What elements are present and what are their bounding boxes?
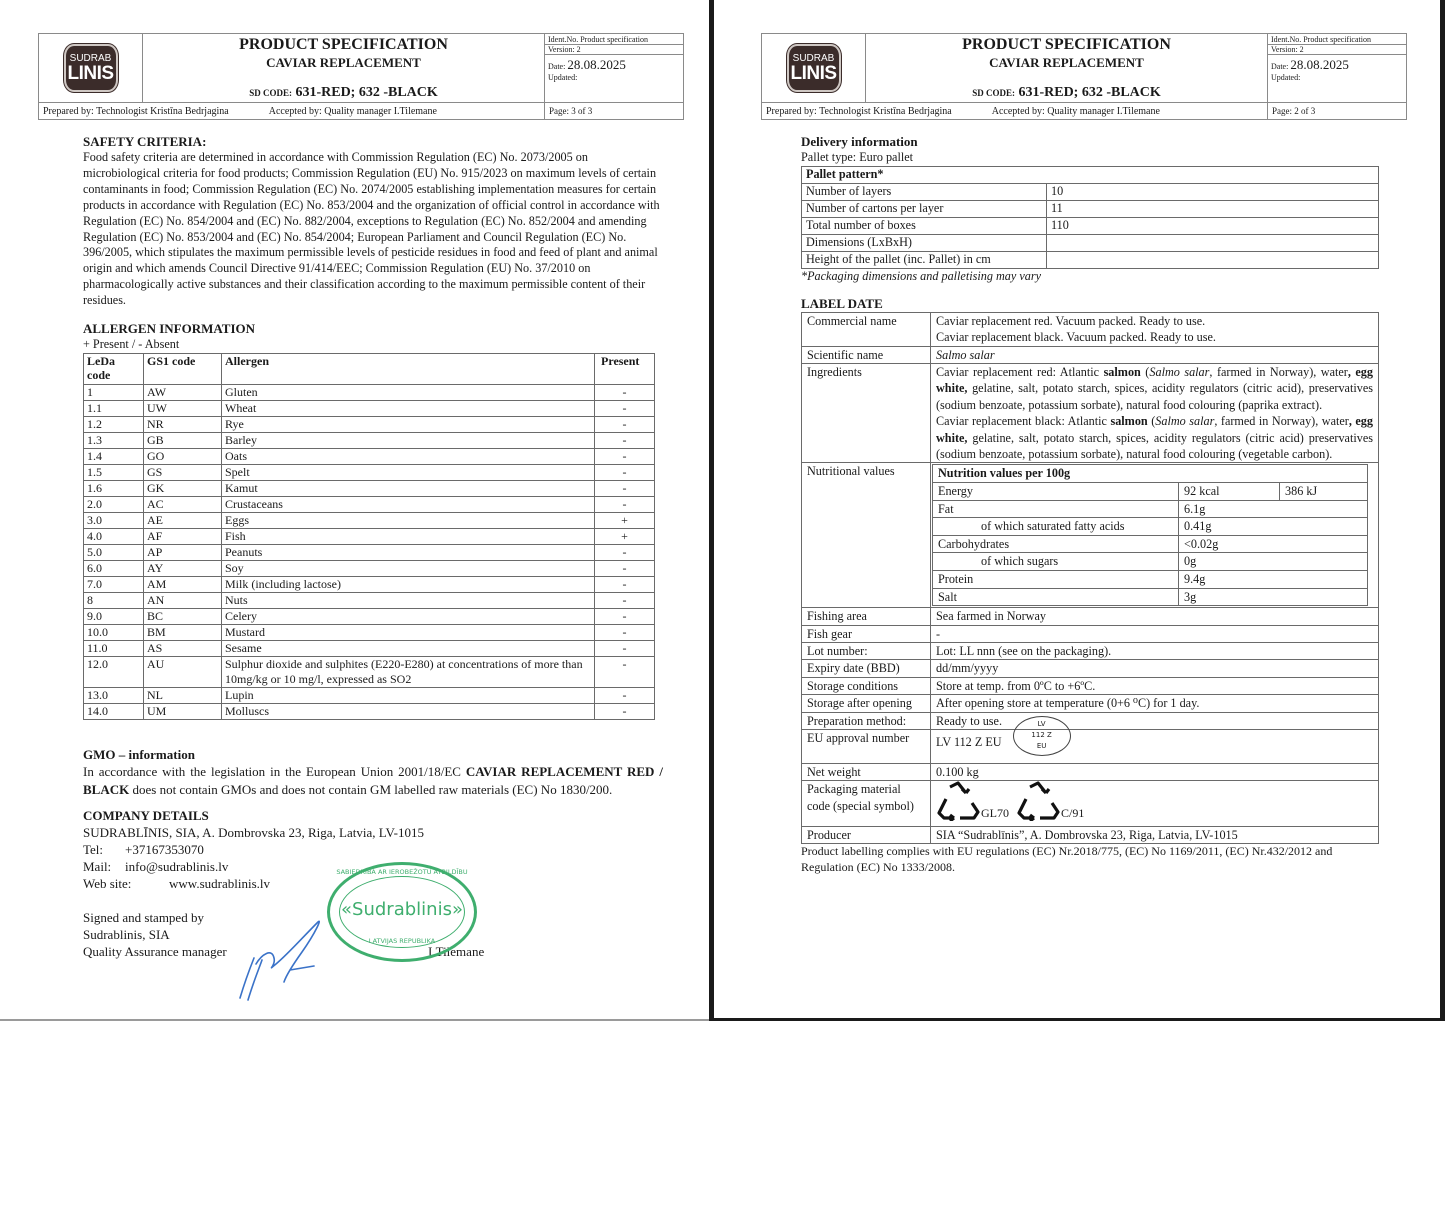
- logo-cell: SUDRAB LINIS: [39, 34, 143, 103]
- allergen-row: 1.6GKKamut-: [84, 480, 655, 496]
- stamp-name: «Sudrablinis»: [330, 899, 474, 920]
- document-header: SUDRAB LINIS PRODUCT SPECIFICATION CAVIA…: [761, 33, 1407, 120]
- company-logo: SUDRAB LINIS: [64, 44, 118, 92]
- version: Version: 2: [545, 45, 683, 55]
- pallet-type: Pallet type: Euro pallet: [801, 150, 1381, 166]
- ident-no: Ident.No. Product specification: [1268, 34, 1406, 45]
- website-link[interactable]: www.sudrablinis.lv: [169, 876, 270, 891]
- col-allergen: Allergen: [222, 353, 595, 384]
- label-row-packaging: Packaging material code (special symbol)…: [802, 781, 1379, 826]
- logo-text-bottom: LINIS: [67, 64, 113, 83]
- logo-text-top: SUDRAB: [793, 54, 835, 64]
- logo-text-top: SUDRAB: [70, 54, 112, 64]
- document-title: PRODUCT SPECIFICATION: [143, 36, 544, 54]
- company-tel: Tel:+37167353070: [83, 841, 663, 858]
- title-cell: PRODUCT SPECIFICATION CAVIAR REPLACEMENT…: [866, 34, 1268, 103]
- ident-no: Ident.No. Product specification: [545, 34, 683, 45]
- label-row-scientific-name: Scientific name Salmo salar: [802, 346, 1379, 363]
- pallet-row: Total number of boxes110: [802, 217, 1379, 234]
- nutrition-row: Salt3g: [933, 588, 1368, 606]
- nutrition-row: of which sugars0g: [933, 553, 1368, 571]
- allergen-row: 1.1UWWheat-: [84, 400, 655, 416]
- updated: Updated:: [545, 73, 683, 82]
- logo-cell: SUDRAB LINIS: [762, 34, 866, 103]
- sd-code: SD CODE: 631-RED; 632 -BLACK: [143, 85, 544, 101]
- ingredients-red: Caviar replacement red: Atlantic salmon …: [936, 364, 1373, 413]
- allergen-row: 8ANNuts-: [84, 592, 655, 608]
- label-heading: LABEL DATE: [801, 296, 1381, 312]
- title-cell: PRODUCT SPECIFICATION CAVIAR REPLACEMENT…: [143, 34, 545, 103]
- allergen-table-header: LeDa code GS1 code Allergen Present: [84, 353, 655, 384]
- updated: Updated:: [1268, 73, 1406, 82]
- logo-text-bottom: LINIS: [790, 64, 836, 83]
- email-link[interactable]: info@sudrablinis.lv: [125, 859, 228, 874]
- allergen-row: 11.0ASSesame-: [84, 640, 655, 656]
- meta-cell: Ident.No. Product specification Version:…: [545, 34, 683, 103]
- recycle-icon: [1016, 781, 1060, 821]
- pallet-footnote: *Packaging dimensions and palletising ma…: [801, 269, 1381, 285]
- nutrition-row: Fat6.1g: [933, 500, 1368, 518]
- label-row-eu-approval: EU approval number LV 112 Z EU LV 112 Z …: [802, 730, 1379, 764]
- label-row: Expiry date (BBD)dd/mm/yyyy: [802, 660, 1379, 677]
- safety-criteria-heading: SAFETY CRITERIA:: [83, 134, 663, 150]
- allergen-legend: + Present / - Absent: [83, 337, 663, 353]
- accepted-by: Accepted by: Quality manager I.Tilemane: [992, 106, 1160, 117]
- page-number: Page: 2 of 3: [1268, 103, 1406, 119]
- delivery-heading: Delivery information: [801, 134, 1381, 150]
- product-name: CAVIAR REPLACEMENT: [866, 55, 1267, 71]
- ingredients-black: Caviar replacement black: Atlantic salmo…: [936, 413, 1373, 462]
- label-row: Fishing areaSea farmed in Norway: [802, 608, 1379, 625]
- allergen-row: 1.2NRRye-: [84, 416, 655, 432]
- page-2-content: Delivery information Pallet type: Euro p…: [801, 134, 1381, 875]
- nutrition-row: Carbohydrates<0.02g: [933, 535, 1368, 553]
- nutrition-row-energy: Energy 92 kcal 386 kJ: [933, 483, 1368, 501]
- prepared-by: Prepared by: Technologist Kristīna Bedrj…: [766, 106, 952, 117]
- label-row: Lot number:Lot: LL nnn (see on the packa…: [802, 643, 1379, 660]
- allergen-row: 6.0AYSoy-: [84, 560, 655, 576]
- pallet-table: Pallet pattern* Number of layers10Number…: [801, 166, 1379, 269]
- label-row-net-weight: Net weight 0.100 kg: [802, 764, 1379, 781]
- prepared-accepted-row: Prepared by: Technologist Kristīna Bedrj…: [39, 103, 545, 119]
- eu-approval-oval-mark: LV 112 Z EU: [1013, 716, 1071, 756]
- meta-cell: Ident.No. Product specification Version:…: [1268, 34, 1406, 103]
- document-title: PRODUCT SPECIFICATION: [866, 36, 1267, 54]
- safety-criteria-text: Food safety criteria are determined in a…: [83, 150, 661, 309]
- page-number: Page: 3 of 3: [545, 103, 683, 119]
- allergen-row: 12.0AUSulphur dioxide and sulphites (E22…: [84, 656, 655, 687]
- allergen-row: 2.0ACCrustaceans-: [84, 496, 655, 512]
- spec-page-2: SUDRAB LINIS PRODUCT SPECIFICATION CAVIA…: [709, 0, 1445, 1021]
- col-leda-code: LeDa code: [84, 353, 144, 384]
- allergen-row: 1.3GBBarley-: [84, 432, 655, 448]
- nutrition-header: Nutrition values per 100g: [933, 465, 1368, 483]
- company-heading: COMPANY DETAILS: [83, 808, 663, 824]
- allergen-row: 4.0AFFish+: [84, 528, 655, 544]
- col-present: Present: [595, 353, 655, 384]
- sd-code: SD CODE: 631-RED; 632 -BLACK: [866, 85, 1267, 101]
- recycle-symbol-gl70: GL70: [936, 781, 1009, 821]
- allergen-row: 14.0UMMolluscs-: [84, 703, 655, 719]
- prepared-accepted-row: Prepared by: Technologist Kristīna Bedrj…: [762, 103, 1268, 119]
- stamp-top-text: SABIEDRĪBA AR IEROBEŽOTU ATBILDĪBU: [330, 868, 474, 876]
- date: Date: 28.08.2025: [545, 55, 683, 73]
- recycle-symbol-c91: C/91: [1016, 781, 1084, 821]
- recycle-icon: [936, 781, 980, 821]
- pallet-row: Height of the pallet (inc. Pallet) in cm: [802, 251, 1379, 268]
- stamp-bottom-text: LATVIJAS REPUBLIKA: [330, 937, 474, 945]
- pallet-row: Number of cartons per layer11: [802, 200, 1379, 217]
- allergen-row: 3.0AEEggs+: [84, 512, 655, 528]
- page-3-content: SAFETY CRITERIA: Food safety criteria ar…: [83, 134, 663, 960]
- label-row: Storage after openingAfter opening store…: [802, 695, 1379, 712]
- label-row-nutrition: Nutritional values Nutrition values per …: [802, 463, 1379, 608]
- company-address: SUDRABLĪNIS, SIA, A. Dombrovska 23, Riga…: [83, 824, 663, 841]
- pallet-table-header: Pallet pattern*: [802, 166, 1379, 183]
- spec-page-3: SUDRAB LINIS PRODUCT SPECIFICATION CAVIA…: [0, 0, 712, 1021]
- allergen-row: 1.4GOOats-: [84, 448, 655, 464]
- label-row-ingredients: Ingredients Caviar replacement red: Atla…: [802, 364, 1379, 463]
- company-logo: SUDRAB LINIS: [787, 44, 841, 92]
- prepared-by: Prepared by: Technologist Kristīna Bedrj…: [43, 106, 229, 117]
- version: Version: 2: [1268, 45, 1406, 55]
- pallet-row: Dimensions (LxBxH): [802, 234, 1379, 251]
- nutrition-table: Nutrition values per 100g Energy 92 kcal…: [932, 464, 1368, 606]
- col-gs1-code: GS1 code: [144, 353, 222, 384]
- nutrition-row: of which saturated fatty acids0.41g: [933, 518, 1368, 536]
- signature-icon: [232, 918, 327, 1003]
- label-row-commercial-name: Commercial name Caviar replacement red. …: [802, 312, 1379, 346]
- allergen-row: 7.0AMMilk (including lactose)-: [84, 576, 655, 592]
- product-name: CAVIAR REPLACEMENT: [143, 55, 544, 71]
- label-row-producer: Producer SIA “Sudrablīnis”, A. Dombrovsk…: [802, 826, 1379, 843]
- allergen-heading: ALLERGEN INFORMATION: [83, 321, 663, 337]
- gmo-heading: GMO – information: [83, 747, 663, 763]
- allergen-row: 13.0NLLupin-: [84, 687, 655, 703]
- company-stamp: SABIEDRĪBA AR IEROBEŽOTU ATBILDĪBU «Sudr…: [327, 862, 477, 962]
- label-row: Storage conditionsStore at temp. from 0º…: [802, 677, 1379, 694]
- allergen-row: 9.0BCCelery-: [84, 608, 655, 624]
- label-table: Commercial name Caviar replacement red. …: [801, 312, 1379, 844]
- pallet-row: Number of layers10: [802, 183, 1379, 200]
- nutrition-row: Protein9.4g: [933, 571, 1368, 589]
- allergen-table: LeDa code GS1 code Allergen Present 1AWG…: [83, 353, 655, 720]
- gmo-text: In accordance with the legislation in th…: [83, 763, 663, 798]
- compliance-note: Product labelling complies with EU regul…: [801, 844, 1381, 875]
- allergen-row: 5.0APPeanuts-: [84, 544, 655, 560]
- label-row: Preparation method:Ready to use.: [802, 712, 1379, 729]
- allergen-row: 10.0BMMustard-: [84, 624, 655, 640]
- date: Date: 28.08.2025: [1268, 55, 1406, 73]
- accepted-by: Accepted by: Quality manager I.Tilemane: [269, 106, 437, 117]
- allergen-row: 1.5GSSpelt-: [84, 464, 655, 480]
- allergen-row: 1AWGluten-: [84, 384, 655, 400]
- label-row: Fish gear-: [802, 625, 1379, 642]
- document-header: SUDRAB LINIS PRODUCT SPECIFICATION CAVIA…: [38, 33, 684, 120]
